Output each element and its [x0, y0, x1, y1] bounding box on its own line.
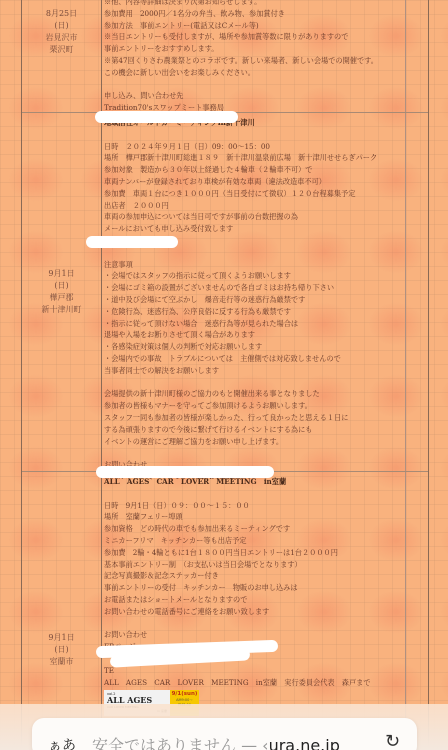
event-line: 参加費 2輪・4輪ともに1台１８００円当日エントリーは1台２０００円: [104, 547, 401, 559]
event-line: [104, 377, 401, 389]
event-city: 岩見沢市: [46, 32, 78, 44]
notes-heading: 注意事項: [104, 259, 401, 271]
event-line: 場所 樺戸郡新十津川町総進１８９ 新十津川温泉前広場 新十津川せせらぎパーク: [104, 152, 401, 164]
event-date-cell: 9月1日 (日) 樺戸郡 新十津川町: [22, 113, 102, 471]
event-line: お問い合わせの電話番号にご連絡をお願い致します: [104, 606, 401, 618]
event-line: 会場提供の新十津川町様のご協力のもと開催出来る事となりました: [104, 388, 401, 400]
event-line: イベントの運営にご理解ご協力をお願い申し上げます。: [104, 436, 401, 448]
text-size-button[interactable]: ぁあ: [48, 735, 76, 750]
event-line: 参加資格 どの時代の車でも参加出来るミーティングです: [104, 523, 401, 535]
event-line: 退場や入場をお断りさせて頂く場合があります: [104, 329, 401, 341]
event-line: メールにおいても申し込み受付致します: [104, 223, 401, 235]
event-line: [104, 618, 401, 630]
event-city: 室蘭市: [50, 656, 74, 668]
event-line: ・指示に従って頂けない場合 迷惑行為等が見られた場合は: [104, 318, 401, 330]
event-line: ・会場にゴミ箱の設置がございませんので各自ゴミはお持ち帰り下さい: [104, 282, 401, 294]
event-line: 参加者の皆様もマナーを守ってご参加頂けるようお願いします。: [104, 400, 401, 412]
event-line: ※第47回くりさわ農業祭とのコラボです。新しい来場者、新しい会場での開催です。: [104, 55, 401, 67]
event-row-kurisawa: 8月25日 (日) 岩見沢市 栗沢町 ※他、内容等詳細は決まり次第お知らせします…: [22, 0, 428, 113]
event-line: [104, 247, 401, 259]
event-line: [104, 488, 401, 500]
event-town: 栗沢町: [50, 44, 74, 56]
event-date: 9月1日: [48, 268, 74, 280]
event-line: 参加費用 2000円／1名分の弁当、飲み物、参加賞付き: [104, 8, 401, 20]
event-line: ・各感染症対策は個人の判断で対応お願いします: [104, 341, 401, 353]
event-line: 当事者同士での解決をお願いします: [104, 365, 401, 377]
event-line: ・道中及び会場にて空ぶかし 爆音走行等の迷惑行為厳禁です: [104, 294, 401, 306]
event-weekday: (日): [54, 20, 68, 32]
event-town: 新十津川町: [42, 304, 82, 316]
address-bar[interactable]: ぁあ 安全ではありません — ‹ura.ne.jp ↻: [32, 718, 417, 750]
event-line: 出店者 ２０００円: [104, 200, 401, 212]
event-line: 車両ナンバーが登録されており車検が有効な車両（違法改造車不可）: [104, 176, 401, 188]
contact-heading: 申し込み、問い合わせ先: [104, 90, 401, 102]
event-date: 9月1日: [48, 632, 74, 644]
event-line: お電話またはショートメールとなりますので: [104, 594, 401, 606]
redaction-mark: [96, 466, 274, 478]
event-content: 地域活性オールドカーミーティングin新十津川 日時 ２０２４年９月１日（日）09…: [102, 113, 406, 471]
event-line: 車両の参加申込については当日可ですが事前の台数把握の為: [104, 211, 401, 223]
url-display[interactable]: 安全ではありません — ‹ura.ne.jp: [92, 733, 340, 750]
event-line: する為頑張りますので今後に繋げて行けるイベントにする為にも: [104, 424, 401, 436]
event-weekday: (日): [54, 280, 68, 292]
security-warning: 安全ではありません — ‹: [92, 736, 269, 750]
event-line: 場所 室蘭フェリー埠頭: [104, 511, 401, 523]
event-row-shintotsukawa: 9月1日 (日) 樺戸郡 新十津川町 地域活性オールドカーミーティングin新十津…: [22, 113, 428, 472]
event-city: 樺戸郡: [50, 292, 74, 304]
event-line: ミニカーフリマ キッチンカー等も出店予定: [104, 535, 401, 547]
contact-organizer: ALL AGES CAR LOVER MEETING in室蘭 実行委員会代表 …: [104, 677, 401, 689]
reload-icon[interactable]: ↻: [385, 731, 400, 750]
event-line: 日時 9月1日（日）０９：００〜１５：００: [104, 500, 401, 512]
event-content: ※他、内容等詳細は決まり次第お知らせします。 参加費用 2000円／1名分の弁当…: [102, 0, 406, 112]
event-line: 事前エントリーの受付 キッチンカー 物販のお申し込みは: [104, 582, 401, 594]
redaction-mark: [86, 236, 178, 248]
event-line: [104, 129, 401, 141]
event-line: 基本事前エントリー制 （お支払いは当日会場でとなります）: [104, 559, 401, 571]
phone-line: TE: [104, 665, 401, 677]
event-line: ※他、内容等詳細は決まり次第お知らせします。: [104, 0, 401, 8]
event-line: 日時 ２０２４年９月１日（日）09：00〜15：00: [104, 141, 401, 153]
redaction-mark: [95, 111, 238, 123]
event-line: この機会に新しい出会いをお楽しみください。: [104, 67, 401, 79]
event-date: 8月25日: [46, 8, 77, 20]
event-weekday: (日): [54, 644, 68, 656]
event-line: ・会場内での事故 トラブルについては 主催側では対応致しませんので: [104, 353, 401, 365]
event-line: 記念写真撮影＆記念ステッカー付き: [104, 570, 401, 582]
event-line: 参加費 車両１台につき１０００円（当日受付にて徴収）１２０台程募集予定: [104, 188, 401, 200]
browser-bottom-bar: ぁあ 安全ではありません — ‹ura.ne.jp ↻: [0, 704, 448, 750]
event-line: ・会場ではスタッフの指示に従って頂くようお願いします: [104, 270, 401, 282]
event-line: 参加対象 製造から３０年以上経過した４輪車（２輪車不可）で: [104, 164, 401, 176]
event-line: 参加方法 事前エントリー(電話又はCメール等): [104, 20, 401, 32]
event-line: ・危険行為、迷惑行為、公序良俗に反する行為も厳禁です: [104, 306, 401, 318]
event-line: [104, 447, 401, 459]
event-date-cell: 8月25日 (日) 岩見沢市 栗沢町: [22, 0, 102, 112]
web-page: 8月25日 (日) 岩見沢市 栗沢町 ※他、内容等詳細は決まり次第お知らせします…: [0, 0, 448, 750]
event-line: スタッフ一同も参加者の皆様が楽しかった、行って良かったと思える１日に: [104, 412, 401, 424]
event-line: ※当日エントリーも受付しますが、場所や参加賞等数に限りがありますので: [104, 31, 401, 43]
contact-heading: お問い合わせ: [104, 629, 401, 641]
url-domain: ura.ne.jp: [269, 736, 340, 750]
event-line: 事前エントリーをおすすめします。: [104, 43, 401, 55]
flyer-date: 9/1(sun): [170, 690, 199, 698]
event-line: [104, 79, 401, 91]
